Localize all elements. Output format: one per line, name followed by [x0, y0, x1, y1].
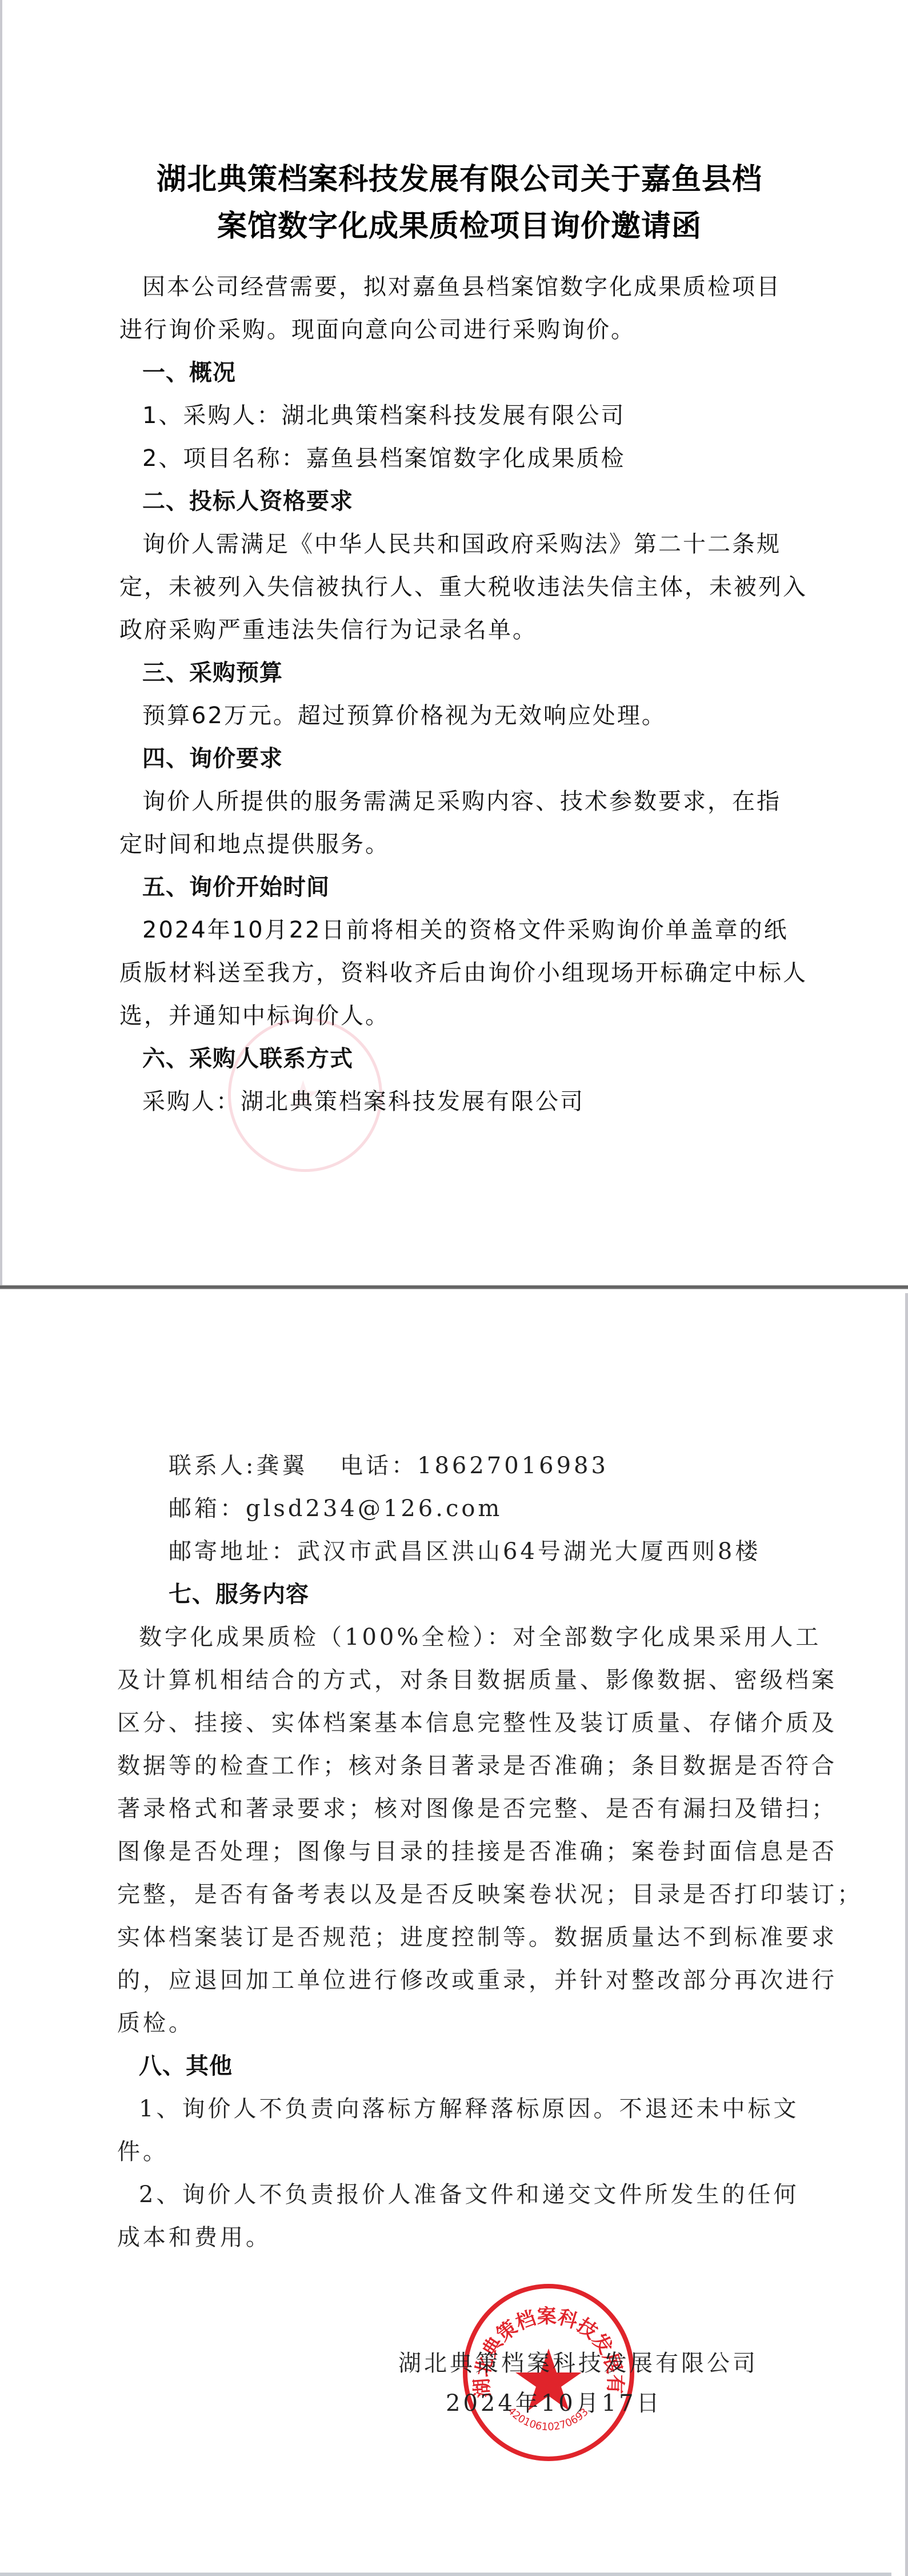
section-8-line-2: 件。 — [117, 2138, 169, 2166]
section-8-line-3: 2、询价人不负责报价人准备文件和递交文件所发生的任何 — [139, 2181, 799, 2208]
section-1-heading: 一、概况 — [142, 359, 236, 386]
section-7-line-1: 数字化成果质检（100%全检）：对全部数字化成果采用人工 — [139, 1624, 821, 1651]
document-title-line-2: 案馆数字化成果质检项目询价邀请函 — [117, 209, 802, 244]
section-8-heading: 八、其他 — [139, 2052, 233, 2080]
section-3-heading: 三、采购预算 — [142, 659, 283, 687]
section-1-purchaser: 1、采购人：湖北典策档案科技发展有限公司 — [142, 402, 625, 429]
contact-address: 邮寄地址：武汉市武昌区洪山64号湖光大厦西则8楼 — [169, 1538, 761, 1565]
section-2-heading: 二、投标人资格要求 — [142, 488, 353, 515]
section-4-line-2: 定时间和地点提供服务。 — [119, 831, 390, 858]
page-bottom-edge — [0, 2573, 891, 2576]
section-6-purchaser: 采购人：湖北典策档案科技发展有限公司 — [142, 1088, 585, 1115]
section-4-heading: 四、询价要求 — [142, 745, 283, 772]
contact-email: 邮箱：glsd234@126.com — [169, 1495, 502, 1522]
intro-line-2: 进行询价采购。现面向意向公司进行采购询价。 — [119, 316, 635, 344]
document-title-line-1: 湖北典策档案科技发展有限公司关于嘉鱼县档 — [117, 162, 802, 197]
contact-phone: 电话：18627016983 — [340, 1452, 609, 1480]
section-7-line-7: 完整，是否有备考表以及是否反映案卷状况；目录是否打印装订； — [117, 1881, 863, 1908]
section-5-line-2: 质版材料送至我方，资料收齐后由询价小组现场开标确定中标人 — [119, 959, 807, 987]
page-2: 联系人:龚翼 电话：18627016983 邮箱：glsd234@126.com… — [0, 1293, 908, 2576]
section-7-line-8: 实体档案装订是否规范；进度控制等。数据质量达不到标准要求 — [117, 1924, 837, 1951]
page-divider — [0, 1285, 908, 1289]
section-6-heading: 六、采购人联系方式 — [142, 1045, 353, 1072]
section-8-line-4: 成本和费用。 — [117, 2224, 271, 2251]
signature-date: 2024年10月17日 — [446, 2390, 662, 2417]
page-1: 湖北典策档案科技发展有限公司关于嘉鱼县档 案馆数字化成果质检项目询价邀请函 因本… — [0, 0, 908, 1286]
section-2-line-3: 政府采购严重违法失信行为记录名单。 — [119, 616, 537, 644]
section-7-line-9: 的，应退回加工单位进行修改或重录，并针对整改部分再次进行 — [117, 1967, 837, 1994]
section-4-line-1: 询价人所提供的服务需满足采购内容、技术参数要求，在指 — [142, 788, 781, 815]
section-2-line-2: 定，未被列入失信被执行人、重大税收违法失信主体，未被列入 — [119, 573, 807, 601]
section-7-line-5: 著录格式和著录要求；核对图像是否完整、是否有漏扫及错扫； — [117, 1795, 837, 1823]
section-8-line-1: 1、询价人不负责向落标方解释落标原因。不退还未中标文 — [139, 2095, 799, 2123]
section-3-budget: 预算62万元。超过预算价格视为无效响应处理。 — [142, 702, 666, 729]
section-7-line-10: 质检。 — [117, 2009, 194, 2037]
section-5-line-3: 选，并通知中标询价人。 — [119, 1002, 390, 1030]
intro-line-1: 因本公司经营需要，拟对嘉鱼县档案馆数字化成果质检项目 — [142, 273, 781, 301]
section-2-line-1: 询价人需满足《中华人民共和国政府采购法》第二十二条规 — [142, 531, 781, 558]
section-1-project-name: 2、项目名称：嘉鱼县档案馆数字化成果质检 — [142, 445, 625, 472]
section-7-heading: 七、服务内容 — [169, 1581, 309, 1608]
section-7-line-3: 区分、挂接、实体档案基本信息完整性及装订质量、存储介质及 — [117, 1709, 837, 1737]
section-5-line-1: 2024年10月22日前将相关的资格文件采购询价单盖章的纸 — [142, 916, 789, 944]
section-5-heading: 五、询价开始时间 — [142, 874, 330, 901]
section-7-line-6: 图像是否处理；图像与目录的挂接是否准确；案卷封面信息是否 — [117, 1838, 837, 1865]
section-7-line-4: 数据等的检查工作；核对条目著录是否准确；条目数据是否符合 — [117, 1752, 837, 1780]
signature-company: 湖北典策档案科技发展有限公司 — [398, 2350, 758, 2377]
section-7-line-2: 及计算机相结合的方式，对条目数据质量、影像数据、密级档案 — [117, 1666, 837, 1694]
contact-person: 联系人:龚翼 — [169, 1452, 307, 1480]
